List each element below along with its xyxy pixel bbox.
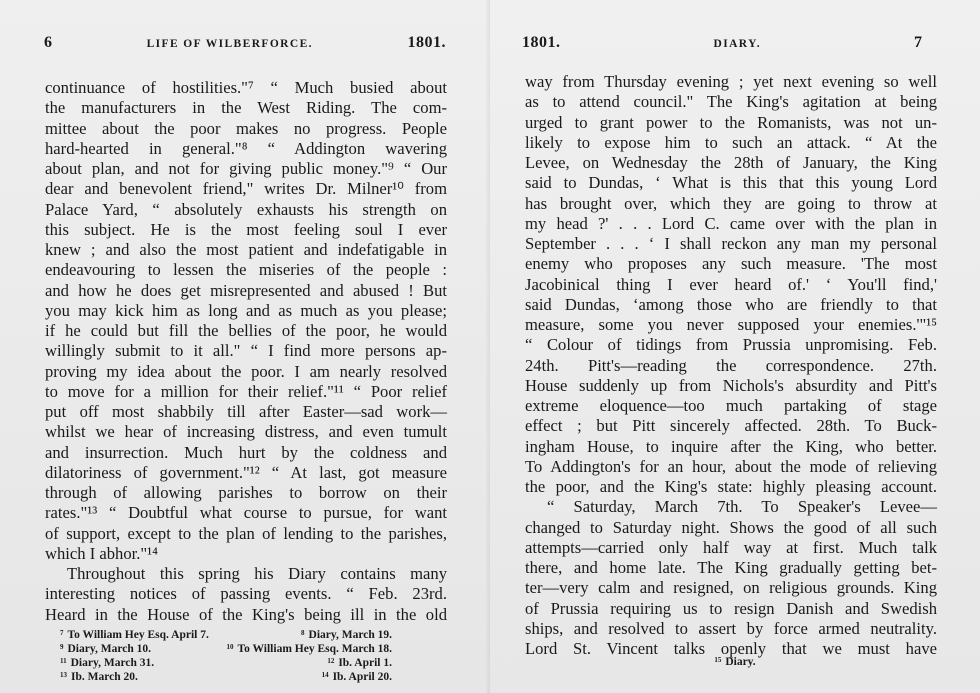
text-line: proving my idea about the poor. I am nea… <box>45 362 447 382</box>
left-running-head: 6 LIFE OF WILBERFORCE. 1801. <box>44 34 446 58</box>
text-line: Throughout this spring his Diary contain… <box>45 564 447 584</box>
text-line: and how he does get misrepresented and a… <box>45 281 447 301</box>
text-line: if he could but fill the bellies of the … <box>45 321 447 341</box>
text-line: my head ?' . . . Lord C. came over with … <box>525 214 937 234</box>
text-line: hard-hearted in general."⁸ “ Addington w… <box>45 139 447 159</box>
text-line: said to Dundas, ‘ What is this that this… <box>525 173 937 193</box>
text-line: enemy who proposes any such measure. 'Th… <box>525 254 937 274</box>
left-page: 6 LIFE OF WILBERFORCE. 1801. continuance… <box>0 0 490 693</box>
left-body-text: continuance of hostilities."⁷ “ Much bus… <box>45 78 447 625</box>
text-line: measure, some you never supposed your en… <box>525 315 937 335</box>
text-line: of support, except to the plan of lendin… <box>45 524 447 544</box>
right-body-text: way from Thursday evening ; yet next eve… <box>525 72 937 659</box>
text-line: 24th. Pitt's—reading the correspondence.… <box>525 356 937 376</box>
footnote-row: 11Diary, March 31.12Ib. April 1. <box>60 656 440 670</box>
text-line: Palace Yard, “ absolutely exhausts his s… <box>45 200 447 220</box>
text-line: through of allowing parishes to borrow o… <box>45 483 447 503</box>
text-line: of Prussia requiring us to resign Danish… <box>525 599 937 619</box>
text-line: ships, and resolved to assert by force a… <box>525 619 937 639</box>
text-line: willingly submit to it all." “ I find mo… <box>45 341 447 361</box>
footnote: 12Ib. April 1. <box>260 656 440 670</box>
text-line: ingham House, to inquire after the King,… <box>525 437 937 457</box>
text-line: “ Saturday, March 7th. To Speaker's Leve… <box>525 497 937 517</box>
book-spread: 6 LIFE OF WILBERFORCE. 1801. continuance… <box>0 0 980 693</box>
text-line: which I abhor."¹⁴ <box>45 544 447 564</box>
text-line: ter—very calm and resigned, on religious… <box>525 578 937 598</box>
text-line: rates."¹³ “ Doubtful what course to purs… <box>45 503 447 523</box>
footnote: 13Ib. March 20. <box>60 670 260 684</box>
text-line: “ Colour of tidings from Prussia unpromi… <box>525 335 937 355</box>
running-year: 1801. <box>408 34 447 52</box>
text-line: urged to grant power to the Romanists, w… <box>525 113 937 133</box>
right-footnotes: 15Diary. <box>490 655 980 669</box>
text-line: way from Thursday evening ; yet next eve… <box>525 72 937 92</box>
footnote: 7To William Hey Esq. April 7. <box>60 628 260 642</box>
footnote: 15Diary. <box>714 656 755 668</box>
page-number: 6 <box>44 34 52 52</box>
text-line: about plan, and not for giving public mo… <box>45 159 447 179</box>
text-line: the manufacturers in the West Riding. Th… <box>45 98 447 118</box>
text-line: as to attend council." The King's agitat… <box>525 92 937 112</box>
text-line: changed to Saturday night. Shows the goo… <box>525 518 937 538</box>
text-line: put off most shabbily till after Easter—… <box>45 402 447 422</box>
text-line: House suddenly up from Nichols's absurdi… <box>525 376 937 396</box>
footnote-row: 7To William Hey Esq. April 7.8Diary, Mar… <box>60 628 440 642</box>
right-running-head: 1801. DIARY. 7 <box>522 34 922 58</box>
text-line: attempts—carried only half way at first.… <box>525 538 937 558</box>
text-line: interesting notices of passing events. “… <box>45 584 447 604</box>
text-line: the poor, and the King's state: highly p… <box>525 477 937 497</box>
text-line: this subject. He is the most feeling sou… <box>45 220 447 240</box>
text-line: endeavouring to lessen the miseries of t… <box>45 260 447 280</box>
text-line: you may kick him as long and as much as … <box>45 301 447 321</box>
text-line: said Dundas, ‘among those who are friend… <box>525 295 937 315</box>
text-line: To Addington's for an hour, about the mo… <box>525 457 937 477</box>
text-line: dilatoriness of government."¹² “ At last… <box>45 463 447 483</box>
text-line: September . . . ‘ I shall reckon any man… <box>525 234 937 254</box>
text-line: and insurrection. Much hurt by the coldn… <box>45 443 447 463</box>
text-line: Jacobinical thing I ever heard of.' ‘ Yo… <box>525 275 937 295</box>
text-line: knew ; and also the most patient and ind… <box>45 240 447 260</box>
footnote-row: 13Ib. March 20.14Ib. April 20. <box>60 670 440 684</box>
text-line: there, and home late. The King gradually… <box>525 558 937 578</box>
text-line: mittee about the poor makes no progress.… <box>45 119 447 139</box>
text-line: whilst we hear of increasing distress, a… <box>45 422 447 442</box>
footnote: 11Diary, March 31. <box>60 656 260 670</box>
page-number: 7 <box>914 34 922 52</box>
footnote-row: 9Diary, March 10.10To William Hey Esq. M… <box>60 642 440 656</box>
text-line: Heard in the House of the King's being i… <box>45 605 447 625</box>
text-line: dear and benevolent friend," writes Dr. … <box>45 179 447 199</box>
text-line: has brought over, which they are going t… <box>525 194 937 214</box>
text-line: likely to expose him to such an attack. … <box>525 133 937 153</box>
text-line: effect ; but Pitt sincerely affected. 28… <box>525 416 937 436</box>
running-title: LIFE OF WILBERFORCE. <box>147 38 313 50</box>
running-title: DIARY. <box>713 38 761 50</box>
text-line: continuance of hostilities."⁷ “ Much bus… <box>45 78 447 98</box>
running-year: 1801. <box>522 34 561 52</box>
footnote: 10To William Hey Esq. March 18. <box>226 642 440 656</box>
text-line: extreme eloquence—too much partaking of … <box>525 396 937 416</box>
right-page: 1801. DIARY. 7 way from Thursday evening… <box>490 0 980 693</box>
footnote: 14Ib. April 20. <box>260 670 440 684</box>
footnote: 9Diary, March 10. <box>60 642 226 656</box>
left-footnotes: 7To William Hey Esq. April 7.8Diary, Mar… <box>60 628 440 684</box>
text-line: to move for a million for their relief."… <box>45 382 447 402</box>
text-line: Levee, on Wednesday the 28th of January,… <box>525 153 937 173</box>
footnote: 8Diary, March 19. <box>260 628 440 642</box>
